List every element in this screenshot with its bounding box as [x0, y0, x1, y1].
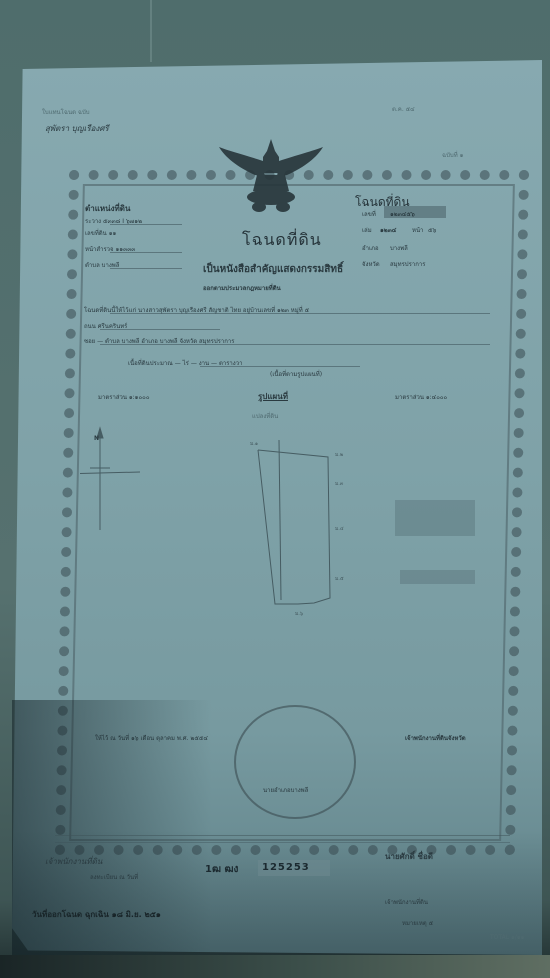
seal-text: นายอำเภอบางพลี — [263, 785, 308, 795]
page-value: ๕๖ — [428, 225, 436, 235]
book-label: เล่ม — [362, 225, 372, 235]
deed-number-label: เลขที่ — [362, 209, 376, 219]
north-arrow-icon: N — [94, 435, 99, 442]
scale-label: มาตราส่วน ๑:๑๐๐๐ — [98, 392, 149, 402]
shadow — [12, 830, 542, 955]
left-header-row-2: เลขที่ดิน ๑๑ — [85, 228, 116, 238]
document-subtitle-2: ออกตามประมวลกฎหมายที่ดิน — [203, 283, 281, 293]
corner-mark: ม.๔ — [335, 526, 344, 532]
rule — [55, 842, 510, 843]
rule — [110, 252, 182, 253]
corner-mark: ม.๕ — [335, 576, 344, 582]
right-signature-sub: หมายเหตุ ๕ — [402, 918, 433, 928]
bleed-through — [395, 500, 475, 536]
rule — [200, 366, 360, 367]
rule — [100, 329, 220, 330]
official-title: เจ้าพนักงานที่ดินจังหวัด — [405, 733, 466, 743]
amphoe-label: อำเภอ — [362, 243, 379, 253]
corner-mark: ม.๒ — [335, 452, 343, 458]
serial-prefix: 1ฒ ฒง — [205, 862, 238, 877]
serial-number: 125253 — [262, 862, 310, 873]
issue-line: วันที่ออกโฉนด ฉุกเฉิน ๑๘ มิ.ย. ๒๕๑ — [32, 908, 161, 921]
corner-mark: ม.๓ — [335, 481, 344, 487]
document-subtitle: เป็นหนังสือสำคัญแสดงกรรมสิทธิ์ — [203, 262, 343, 277]
map-title: รูปแผนที่ — [258, 390, 288, 403]
bottom-left-signature: เจ้าพนักงานที่ดิน — [45, 855, 102, 868]
amphoe-value: บางพลี — [390, 243, 408, 253]
province-value: สมุทรปราการ — [390, 259, 425, 269]
right-signature: นายศักดิ์ ชื่อดี — [385, 850, 433, 863]
page-label: หน้า — [412, 225, 423, 235]
garuda-emblem-icon — [215, 135, 327, 215]
official-seal-icon — [234, 705, 356, 819]
top-right-note: ฉบับที่ ๑ — [442, 150, 463, 160]
deed-number-value: ๑๒๓๔๕๖ — [390, 209, 415, 219]
right-signature-title: เจ้าพนักงานที่ดิน — [385, 897, 428, 907]
area-note: (เนื้อที่ตามรูปแผนที่) — [270, 369, 322, 379]
top-right-code: ต.ค. ๕๔ — [392, 104, 415, 114]
rule — [110, 268, 182, 269]
top-stamp-line: ใบแทนโฉนด ฉบับ — [42, 107, 90, 117]
registration-line: ลงทะเบียน ณ วันที่ — [90, 872, 138, 882]
total-label: TOTAL ๑/๑๑ — [490, 932, 524, 942]
book-value: ๑๒๓๔ — [380, 225, 396, 235]
left-header-title: ตำแหน่งที่ดิน — [85, 202, 130, 215]
rule — [55, 835, 510, 836]
corner-mark: ม.๑ — [250, 441, 258, 447]
rule — [110, 224, 182, 225]
province-label: จังหวัด — [362, 259, 380, 269]
corner-mark: ม.๖ — [295, 611, 303, 617]
rule — [110, 313, 490, 314]
floor — [0, 955, 550, 978]
bleed-through — [400, 570, 475, 584]
handwritten-note: สุพัตรา บุญเรืองศรี — [45, 122, 109, 135]
map-scale: มาตราส่วน ๑:๔๐๐๐ — [395, 392, 447, 402]
background-crease — [150, 0, 152, 62]
rule — [100, 344, 490, 345]
document-title: โฉนดที่ดิน — [242, 228, 322, 253]
